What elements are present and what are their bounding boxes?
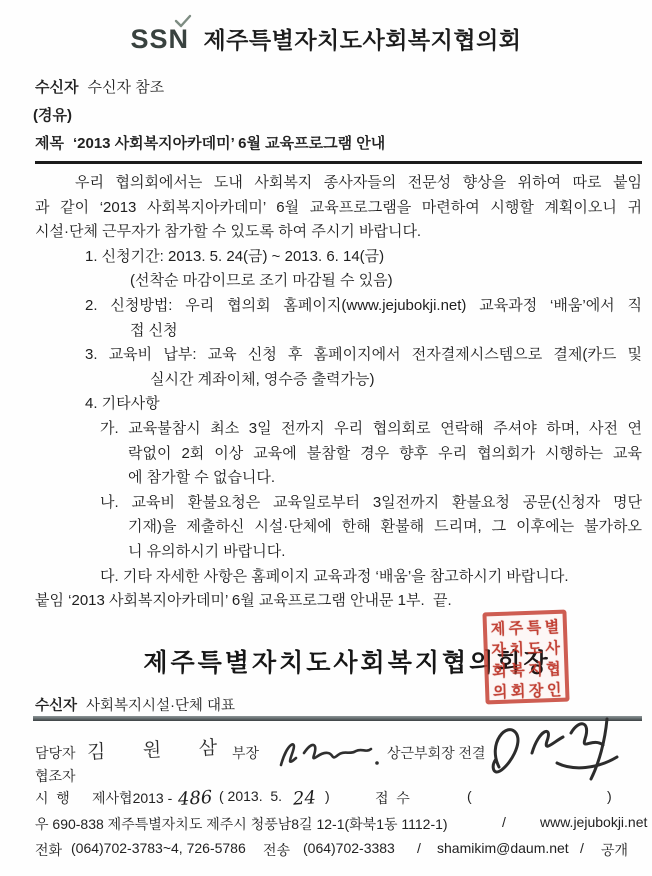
ssn-logo-text: SSN <box>130 24 189 54</box>
dispatch-date-close: ) <box>325 788 330 804</box>
body-line: 4. 기타사항 <box>35 392 642 417</box>
official-seal-stamp: 제 주 특 별 자 치 도 사 회 복 지 협 의 회 장 인 <box>482 610 569 705</box>
dispatch-date-open: ( 2013. 5. <box>219 788 282 804</box>
letterhead: SSN 제주특별자치도사회복지협의회 <box>0 22 652 55</box>
manager-handwritten-name: 김 원 삼 <box>87 733 227 765</box>
subject-value: ‘2013 사회복지아카데미’ 6월 교육프로그램 안내 <box>73 135 385 152</box>
seal-char: 특 <box>525 616 544 639</box>
recipient-value: 수신자 참조 <box>87 79 164 96</box>
body-line: 1. 신청기간: 2013. 5. 24(금) ~ 2013. 6. 14(금) <box>35 245 642 270</box>
document-body: 우리 협의회에서는 도내 사회복지 종사자들의 전문성 향상을 위하여 따로 붙… <box>35 171 642 614</box>
fax-label: 전송 <box>263 840 290 860</box>
recipient-line: 수신자수신자 참조 <box>35 76 164 97</box>
body-line: 니 유의하시기 바랍니다. <box>35 540 642 565</box>
phone-number: (064)702-3783~4, 726-5786 <box>71 840 246 856</box>
ssn-logo: SSN <box>130 24 189 54</box>
body-line: 우리 협의회에서는 도내 사회복지 종사자들의 전문성 향상을 위하여 따로 붙… <box>35 171 642 196</box>
final-recipient-label: 수신자 <box>35 698 77 714</box>
disclosure-status: 공개 <box>601 840 628 860</box>
body-line: 과 같이 ‘2013 사회복지아카데미’ 6월 교육프로그램을 마련하여 시행할… <box>35 196 642 221</box>
seal-char: 회 <box>509 679 528 702</box>
postal-address: 우 690-838 제주특별자치도 제주시 청풍남8길 12-1(화북1동 11… <box>35 814 448 834</box>
address-row: 우 690-838 제주특별자치도 제주시 청풍남8길 12-1(화북1동 11… <box>35 814 645 836</box>
checkmark-bird-icon <box>174 14 192 28</box>
seal-char: 인 <box>545 678 564 701</box>
recipient-label: 수신자 <box>35 79 78 96</box>
final-recipient-line: 수신자사회복지시설·단체 대표 <box>35 694 235 715</box>
separator-slash: / <box>417 840 421 856</box>
body-line: 락없이 2회 이상 교육에 불참할 경우 향후 우리 협의회가 시행하는 교육 <box>35 442 642 467</box>
website-url: www.jejubokji.net <box>540 814 647 830</box>
seal-char: 복 <box>508 658 527 681</box>
top-divider-rule <box>35 161 642 164</box>
body-line: 나. 교육비 환불요청은 교육일로부터 3일전까지 환불요청 공문(신청자 명단 <box>35 491 642 516</box>
body-line: 3. 교육비 납부: 교육 신청 후 홈페이지에서 전자결제시스템으로 결제(카… <box>35 343 642 368</box>
email-address: shamikim@daum.net <box>437 840 569 856</box>
final-recipient-value: 사회복지시설·단체 대표 <box>86 698 235 714</box>
body-line: 실시간 계좌이체, 영수증 출력가능) <box>35 368 642 393</box>
doc-number-prefix: 제사협2013 - <box>92 788 172 808</box>
approval-block: 담당자 김 원 삼 부장 상근부회장 전결 <box>35 735 645 790</box>
phone-label: 전화 <box>35 840 62 860</box>
receipt-paren-close: ) <box>607 788 612 804</box>
separator-slash: / <box>502 814 506 830</box>
seal-char: 별 <box>543 615 562 638</box>
body-line: 기재)을 제출하신 시설·단체에 한해 환불해 드리며, 그 이후에는 불가하오 <box>35 515 642 540</box>
doc-number-handwritten: 486 <box>177 787 213 810</box>
separator-slash: / <box>580 840 584 856</box>
vice-chair-label: 상근부회장 전결 <box>387 743 486 763</box>
body-line: 2. 신청방법: 우리 협의회 홈페이지(www.jejubokji.net) … <box>35 294 642 319</box>
dispatch-row: 시 행 제사협2013 - 486 ( 2013. 5. 24 ) 접 수 ( … <box>35 788 645 812</box>
seal-char: 치 <box>507 637 526 660</box>
subject-label: 제목 <box>35 135 64 152</box>
subject-line: 제목‘2013 사회복지아카데미’ 6월 교육프로그램 안내 <box>35 132 385 153</box>
body-line: 가. 교육불참시 최소 3일 전까지 우리 협의회로 연락해 주셔야 하며, 사… <box>35 417 642 442</box>
seal-char: 협 <box>544 657 563 680</box>
seal-char: 사 <box>543 636 562 659</box>
manager-label: 담당자 <box>35 743 76 763</box>
seal-char: 장 <box>527 679 546 702</box>
contact-row: 전화 (064)702-3783~4, 726-5786 전송 (064)702… <box>35 840 645 862</box>
fax-number: (064)702-3383 <box>303 840 395 856</box>
seal-char: 제 <box>489 617 508 640</box>
vice-chair-signature <box>485 711 645 789</box>
body-line: 시설·단체 근무자가 참가할 수 있도록 하여 주시기 바랍니다. <box>35 220 642 245</box>
organization-name: 제주특별자치도사회복지협의회 <box>203 27 521 53</box>
dispatch-label: 시 행 <box>35 788 70 808</box>
cooperator-label: 협조자 <box>35 766 76 786</box>
via-line: (경유) <box>33 104 72 125</box>
body-line: 다. 기타 자세한 사항은 홈페이지 교육과정 ‘배움’을 참고하시기 바랍니다… <box>35 565 642 590</box>
body-line: (선착순 마감이므로 조기 마감될 수 있음) <box>35 269 642 294</box>
seal-char: 의 <box>491 680 510 703</box>
body-line: 에 참가할 수 없습니다. <box>35 466 642 491</box>
dept-head-signature <box>273 733 383 773</box>
dispatch-date-handwritten: 24 <box>292 787 316 810</box>
dept-head-label: 부장 <box>232 743 259 763</box>
document-page: SSN 제주특별자치도사회복지협의회 수신자수신자 참조 (경유) 제목‘201… <box>0 0 652 876</box>
body-line: 접 신청 <box>35 319 642 344</box>
seal-char: 도 <box>525 637 544 660</box>
receipt-label: 접 수 <box>375 788 410 808</box>
receipt-paren-open: ( <box>467 788 472 804</box>
seal-char: 자 <box>489 638 508 661</box>
seal-char: 주 <box>507 616 526 639</box>
seal-char: 회 <box>490 659 509 682</box>
seal-char: 지 <box>526 658 545 681</box>
